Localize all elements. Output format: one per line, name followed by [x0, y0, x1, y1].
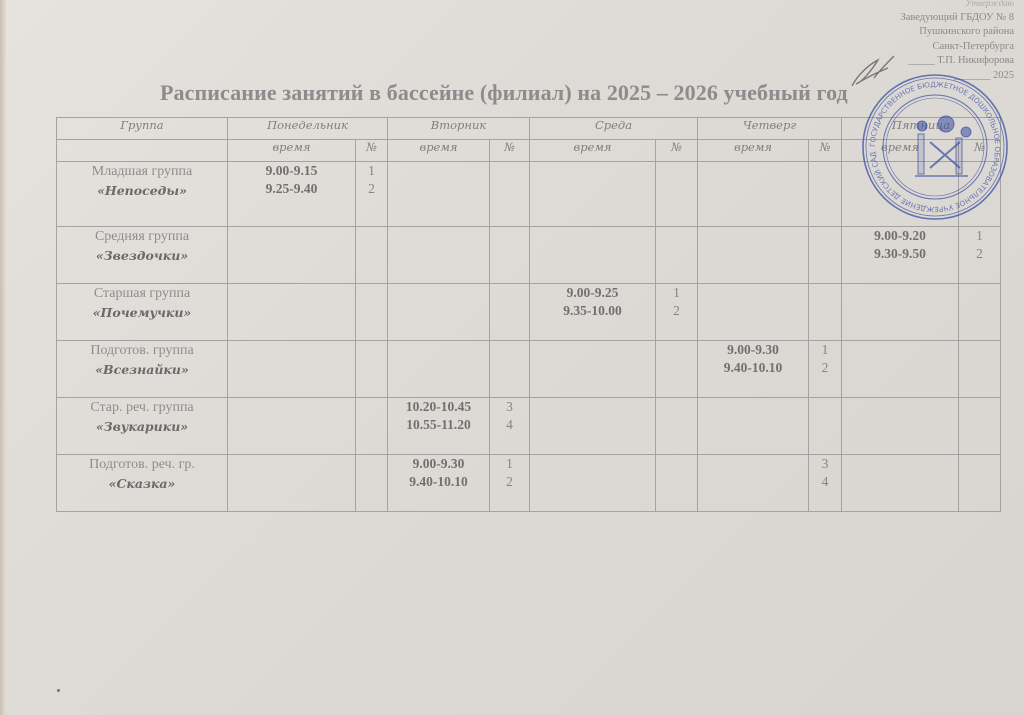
session-number: 1 — [490, 455, 529, 473]
group-type: Подготов. реч. гр. — [57, 455, 227, 474]
time-cell — [530, 398, 656, 455]
num-cell: 12 — [809, 341, 842, 398]
num-subheader: № — [490, 140, 530, 162]
num-cell: 34 — [809, 455, 842, 512]
time-cell — [530, 162, 656, 227]
session-number: 1 — [656, 284, 697, 302]
table-row: Младшая группа«Непоседы»9.00-9.159.25-9.… — [57, 162, 1001, 227]
num-cell — [809, 227, 842, 284]
group-type: Средняя группа — [57, 227, 227, 246]
time-cell: 10.20-10.4510.55-11.20 — [388, 398, 490, 455]
time-cell — [698, 162, 809, 227]
approval-line: Утверждаю — [814, 0, 1014, 11]
num-cell — [490, 284, 530, 341]
num-cell — [356, 398, 388, 455]
time-cell: 9.00-9.209.30-9.50 — [842, 227, 959, 284]
time-cell — [842, 455, 959, 512]
num-cell: 12 — [490, 455, 530, 512]
speck — [57, 689, 60, 692]
time-cell: 9.00-9.309.40-10.10 — [698, 341, 809, 398]
day-header-monday: Понедельник — [228, 118, 388, 140]
time-slot: 9.40-10.10 — [698, 359, 808, 377]
document-title: Расписание занятий в бассейне (филиал) н… — [160, 80, 920, 106]
time-subheader: время — [842, 140, 959, 162]
session-number: 4 — [809, 473, 841, 491]
num-cell — [959, 162, 1001, 227]
day-header-friday: Пятница — [842, 118, 1001, 140]
group-name: «Звукарики» — [57, 417, 227, 436]
time-cell — [388, 162, 490, 227]
time-slot: 9.35-10.00 — [530, 302, 655, 320]
num-cell — [809, 162, 842, 227]
group-name: «Сказка» — [57, 474, 227, 493]
group-cell: Старшая группа«Почемучки» — [57, 284, 228, 341]
num-cell — [809, 398, 842, 455]
num-cell — [959, 455, 1001, 512]
session-number: 2 — [490, 473, 529, 491]
time-cell — [530, 455, 656, 512]
group-type: Старшая группа — [57, 284, 227, 303]
num-cell — [656, 227, 698, 284]
time-subheader: время — [698, 140, 809, 162]
time-cell — [228, 455, 356, 512]
num-cell — [356, 227, 388, 284]
num-cell — [656, 162, 698, 227]
num-cell: 34 — [490, 398, 530, 455]
day-header-wednesday: Среда — [530, 118, 698, 140]
time-slot: 9.40-10.10 — [388, 473, 489, 491]
time-cell — [842, 162, 959, 227]
day-header-tuesday: Вторник — [388, 118, 530, 140]
time-cell — [698, 455, 809, 512]
table-row: Стар. реч. группа«Звукарики»10.20-10.451… — [57, 398, 1001, 455]
num-cell — [656, 398, 698, 455]
num-subheader: № — [656, 140, 698, 162]
num-cell — [490, 162, 530, 227]
time-cell — [228, 341, 356, 398]
time-subheader: время — [228, 140, 356, 162]
time-cell: 9.00-9.309.40-10.10 — [388, 455, 490, 512]
time-slot: 9.25-9.40 — [228, 180, 355, 198]
table-row: Средняя группа«Звездочки»9.00-9.209.30-9… — [57, 227, 1001, 284]
session-number: 1 — [356, 162, 387, 180]
approval-block: Утверждаю Заведующий ГБДОУ № 8 Пушкинско… — [814, 0, 1014, 83]
num-cell — [490, 227, 530, 284]
session-number: 4 — [490, 416, 529, 434]
session-number: 3 — [490, 398, 529, 416]
approval-line: Заведующий ГБДОУ № 8 — [814, 11, 1014, 26]
num-cell — [490, 341, 530, 398]
signature — [848, 52, 898, 92]
group-type: Подготов. группа — [57, 341, 227, 360]
paper-edge — [0, 0, 6, 715]
time-slot: 9.00-9.30 — [698, 341, 808, 359]
time-slot: 9.00-9.15 — [228, 162, 355, 180]
num-cell: 12 — [656, 284, 698, 341]
group-name: «Почемучки» — [57, 303, 227, 322]
time-cell: 9.00-9.159.25-9.40 — [228, 162, 356, 227]
time-cell — [228, 284, 356, 341]
group-cell: Младшая группа«Непоседы» — [57, 162, 228, 227]
time-cell — [842, 398, 959, 455]
time-cell — [698, 227, 809, 284]
num-cell — [959, 398, 1001, 455]
session-number: 2 — [809, 359, 841, 377]
time-cell — [698, 398, 809, 455]
schedule-table: Группа Понедельник Вторник Среда Четверг… — [56, 117, 1001, 512]
group-type: Стар. реч. группа — [57, 398, 227, 417]
time-slot: 9.00-9.30 — [388, 455, 489, 473]
num-subheader: № — [959, 140, 1001, 162]
group-subheader-empty — [57, 140, 228, 162]
time-slot: 10.20-10.45 — [388, 398, 489, 416]
time-cell — [842, 284, 959, 341]
num-cell: 12 — [356, 162, 388, 227]
num-cell — [356, 284, 388, 341]
num-cell — [656, 341, 698, 398]
table-row: Старшая группа«Почемучки»9.00-9.259.35-1… — [57, 284, 1001, 341]
group-name: «Звездочки» — [57, 246, 227, 265]
group-type: Младшая группа — [57, 162, 227, 181]
time-cell — [228, 398, 356, 455]
time-cell — [388, 341, 490, 398]
session-number: 3 — [809, 455, 841, 473]
session-number: 1 — [959, 227, 1000, 245]
time-slot: 9.00-9.20 — [842, 227, 958, 245]
num-subheader: № — [809, 140, 842, 162]
time-subheader: время — [388, 140, 490, 162]
group-cell: Подготов. реч. гр.«Сказка» — [57, 455, 228, 512]
num-cell: 12 — [959, 227, 1001, 284]
num-cell — [959, 284, 1001, 341]
group-cell: Средняя группа«Звездочки» — [57, 227, 228, 284]
num-cell — [809, 284, 842, 341]
time-cell — [388, 227, 490, 284]
num-cell — [356, 455, 388, 512]
group-name: «Всезнайки» — [57, 360, 227, 379]
group-column-header: Группа — [57, 118, 228, 140]
time-slot: 9.00-9.25 — [530, 284, 655, 302]
approval-line: Пушкинского района — [814, 25, 1014, 40]
group-name: «Непоседы» — [57, 181, 227, 200]
time-cell — [228, 227, 356, 284]
time-cell — [698, 284, 809, 341]
num-subheader: № — [356, 140, 388, 162]
session-number: 2 — [356, 180, 387, 198]
approval-line: _____ Т.П. Никифорова — [814, 54, 1014, 69]
time-subheader: время — [530, 140, 656, 162]
num-cell — [356, 341, 388, 398]
time-slot: 10.55-11.20 — [388, 416, 489, 434]
day-header-thursday: Четверг — [698, 118, 842, 140]
table-row: Подготов. реч. гр.«Сказка»9.00-9.309.40-… — [57, 455, 1001, 512]
time-cell — [530, 341, 656, 398]
time-cell — [530, 227, 656, 284]
time-cell — [842, 341, 959, 398]
group-cell: Подготов. группа«Всезнайки» — [57, 341, 228, 398]
approval-line: Санкт-Петербурга — [814, 40, 1014, 55]
session-number: 1 — [809, 341, 841, 359]
time-cell — [388, 284, 490, 341]
group-cell: Стар. реч. группа«Звукарики» — [57, 398, 228, 455]
time-cell: 9.00-9.259.35-10.00 — [530, 284, 656, 341]
num-cell — [656, 455, 698, 512]
num-cell — [959, 341, 1001, 398]
session-number: 2 — [959, 245, 1000, 263]
time-slot: 9.30-9.50 — [842, 245, 958, 263]
session-number: 2 — [656, 302, 697, 320]
table-row: Подготов. группа«Всезнайки»9.00-9.309.40… — [57, 341, 1001, 398]
